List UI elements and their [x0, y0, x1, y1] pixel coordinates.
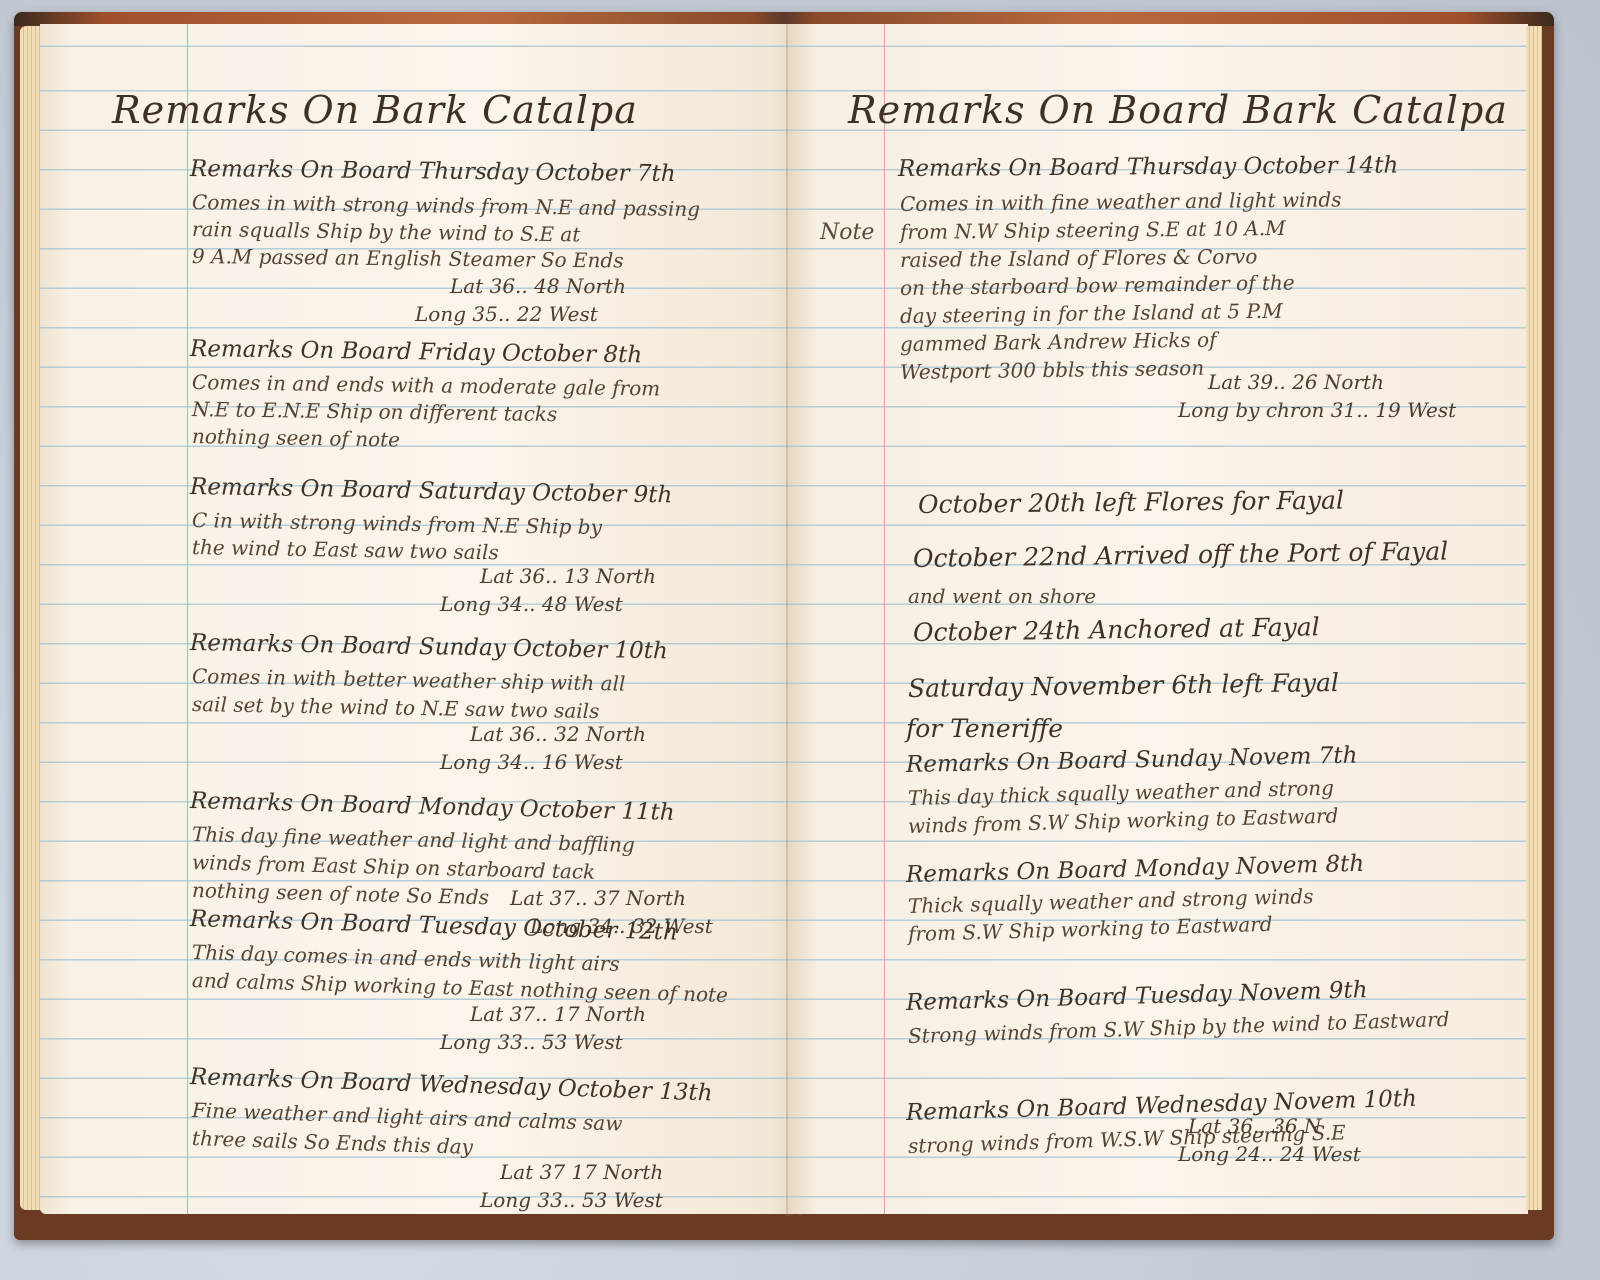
longitude: Long 34.. 16 West — [440, 750, 623, 774]
event-line: and went on shore — [908, 584, 1096, 608]
entry-line: from N.W Ship steering S.E at 10 A.M — [900, 216, 1286, 244]
page-title: Remarks On Bark Catalpa — [112, 88, 638, 132]
entry-line: gammed Bark Andrew Hicks of — [900, 328, 1217, 356]
latitude: Lat 36.. 48 North — [450, 274, 626, 298]
event-line: October 20th left Flores for Fayal — [918, 486, 1344, 519]
entry-line: N.E to E.N.E Ship on different tacks — [192, 397, 558, 426]
latitude: Lat 39.. 26 North — [1208, 370, 1384, 394]
margin-line — [187, 24, 188, 1214]
latitude: Lat 36.. 32 North — [470, 722, 646, 746]
entry-heading: Remarks On Board Thursday October 7th — [190, 156, 676, 187]
event-line: for Teneriffe — [906, 714, 1063, 743]
longitude: Long 34.. 48 West — [440, 592, 623, 616]
entry-line: 9 A.M passed an English Steamer So Ends — [192, 244, 624, 273]
right-page-edges — [1526, 26, 1542, 1210]
longitude: Long 24.. 24 West — [1178, 1142, 1361, 1166]
event-line: Saturday November 6th left Fayal — [908, 668, 1339, 703]
left-page: Remarks On Bark Catalpa Remarks On Board… — [40, 24, 800, 1214]
page-title: Remarks On Board Bark Catalpa — [848, 88, 1508, 132]
entry-heading: Remarks On Board Thursday October 14th — [898, 153, 1398, 182]
right-page: Remarks On Board Bark Catalpa Note Remar… — [788, 24, 1528, 1214]
logbook: Remarks On Bark Catalpa Remarks On Board… — [14, 12, 1554, 1240]
entry-line: nothing seen of note — [192, 424, 400, 452]
longitude: Long 33.. 53 West — [440, 1030, 623, 1054]
event-line: October 24th Anchored at Fayal — [913, 612, 1320, 647]
entry-line: raised the Island of Flores & Corvo — [900, 244, 1258, 272]
margin-note: Note — [820, 220, 874, 245]
latitude: Lat 37.. 37 North — [510, 886, 686, 910]
latitude: Lat 36.. 13 North — [480, 564, 656, 588]
longitude: Long 35.. 22 West — [415, 302, 598, 326]
longitude: Long by chron 31.. 19 West — [1178, 398, 1456, 422]
latitude: Lat 37 17 North — [500, 1160, 663, 1184]
latitude: Lat 37.. 17 North — [470, 1002, 646, 1026]
margin-line — [884, 24, 885, 1214]
entry-line: Comes in with fine weather and light win… — [900, 187, 1342, 216]
entry-line: Westport 300 bbls this season — [900, 356, 1204, 384]
left-page-edges — [20, 26, 42, 1210]
longitude: Long 33.. 53 West — [480, 1188, 663, 1212]
latitude: Lat 36.. 36 N — [1188, 1114, 1321, 1138]
